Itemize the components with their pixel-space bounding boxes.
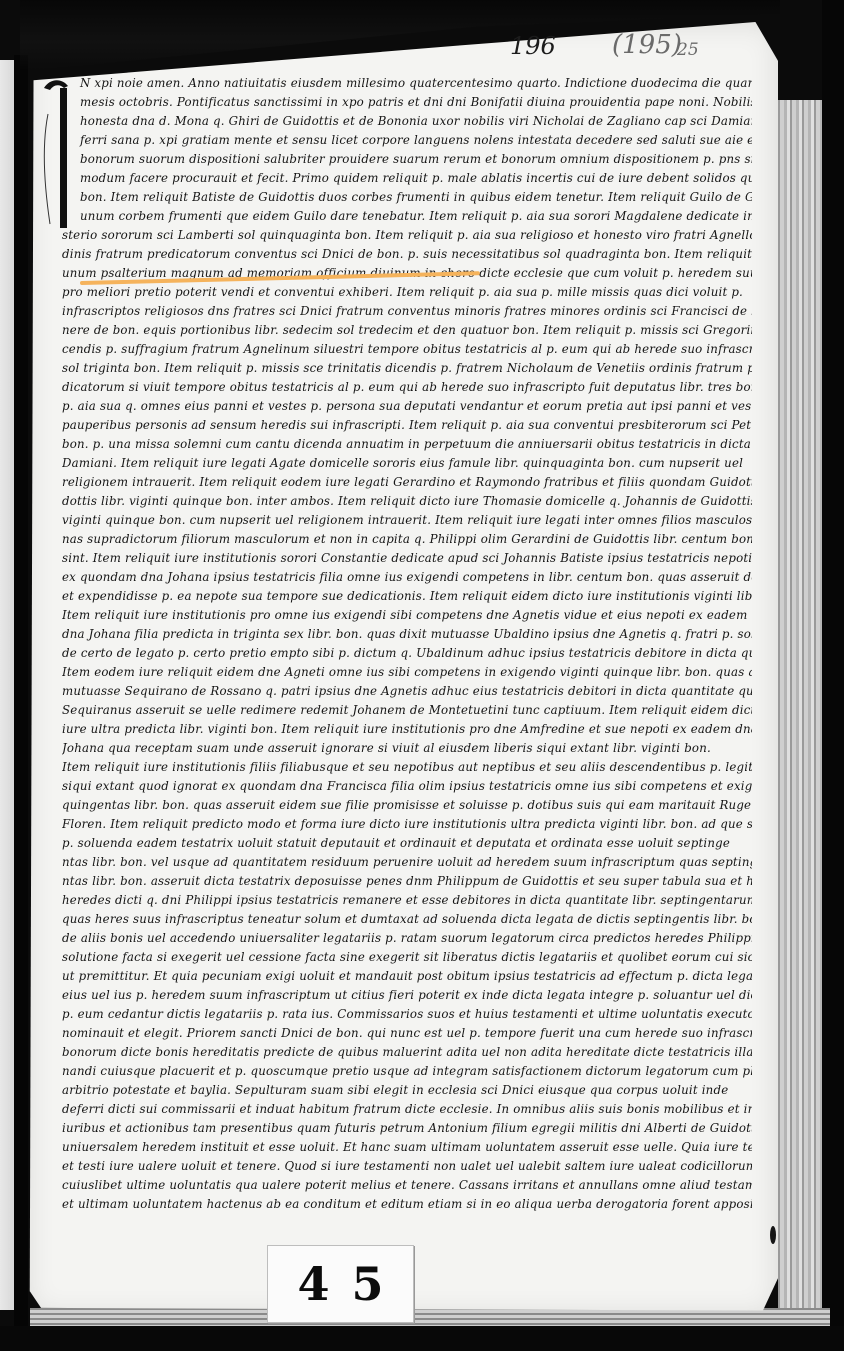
manuscript-line: Item eodem iure reliquit eidem dne Agnet… (62, 663, 752, 682)
manuscript-line: ex quondam dna Johana ipsius testatricis… (62, 568, 752, 587)
bottom-background (0, 1326, 844, 1351)
manuscript-line: uniuersalem heredem instituit et esse uo… (62, 1138, 752, 1157)
manuscript-line: dicatorum si viuit tempore obitus testat… (62, 378, 752, 397)
manuscript-line: iuribus et actionibus tam presentibus qu… (62, 1119, 752, 1138)
manuscript-line: ntas libr. bon. asseruit dicta testatrix… (62, 872, 752, 891)
stacked-page-edges (778, 100, 822, 1330)
manuscript-line: mutuasse Sequirano de Rossano q. patri i… (62, 682, 752, 701)
manuscript-line: ntas libr. bon. vel usque ad quantitatem… (62, 853, 752, 872)
manuscript-line: cendis p. suffragium fratrum Agnelinum s… (62, 340, 752, 359)
book-gutter (14, 55, 28, 1345)
manuscript-line: Item reliquit iure institutionis filiis … (62, 758, 752, 777)
right-background (822, 0, 844, 1351)
manuscript-line: cuiuslibet ultime uoluntatis qua ualere … (62, 1176, 752, 1195)
manuscript-line: nere de bon. equis portionibus libr. sed… (62, 321, 752, 340)
manuscript-line: sol triginta bon. Item reliquit p. missi… (62, 359, 752, 378)
manuscript-line: unum corbem frumenti que eidem Guilo dar… (62, 207, 752, 226)
manuscript-line: dna Johana filia predicta in triginta se… (62, 625, 752, 644)
manuscript-line: ut premittitur. Et quia pecuniam exigi u… (62, 967, 752, 986)
manuscript-line: eius uel ius p. heredem suum infrascript… (62, 986, 752, 1005)
manuscript-text-block: N xpi noie amen. Anno natiuitatis eiusde… (62, 74, 752, 1214)
manuscript-line: viginti quinque bon. cum nupserit uel re… (62, 511, 752, 530)
manuscript-line: et testi iure ualere uoluit et tenere. Q… (62, 1157, 752, 1176)
manuscript-line: pro meliori pretio poterit vendi et conv… (62, 283, 752, 302)
folio-number: 196 (510, 32, 556, 60)
ink-blot (770, 1226, 776, 1244)
manuscript-line: quas heres suus infrascriptus teneatur s… (62, 910, 752, 929)
manuscript-line: bonorum dicte bonis hereditatis predicte… (62, 1043, 752, 1062)
manuscript-line: mesis octobris. Pontificatus sanctissimi… (62, 93, 752, 112)
manuscript-line: bon. p. una missa solemni cum cantu dice… (62, 435, 752, 454)
manuscript-line: bon. Item reliquit Batiste de Guidottis … (62, 188, 752, 207)
archive-label-digit-2: 5 (352, 1257, 384, 1311)
manuscript-line: Johana qua receptam suam unde asseruit i… (62, 739, 752, 758)
manuscript-line: Floren. Item reliquit predicto modo et f… (62, 815, 752, 834)
manuscript-line: Damiani. Item reliquit iure legati Agate… (62, 454, 752, 473)
manuscript-line: sint. Item reliquit iure institutionis s… (62, 549, 752, 568)
manuscript-line: sterio sororum sci Lamberti sol quinquag… (62, 226, 752, 245)
folio-small-mark: 25 (677, 40, 699, 60)
manuscript-line: pauperibus personis ad sensum heredis su… (62, 416, 752, 435)
manuscript-line: et ultimam uoluntatem hactenus ab ea con… (62, 1195, 752, 1214)
manuscript-line: p. aia sua q. omnes eius panni et vestes… (62, 397, 752, 416)
manuscript-line: p. soluenda eadem testatrix uoluit statu… (62, 834, 752, 853)
manuscript-line: dinis fratrum predicatorum conventus sci… (62, 245, 752, 264)
manuscript-line: Item reliquit iure institutionis pro omn… (62, 606, 752, 625)
manuscript-line: honesta dna d. Mona q. Ghiri de Guidotti… (62, 112, 752, 131)
bottom-page-edges (30, 1308, 830, 1326)
previous-folio-number: (195) (612, 30, 682, 60)
archive-number-label: 4 5 (267, 1245, 414, 1323)
manuscript-line: nas supradictorum filiorum masculorum et… (62, 530, 752, 549)
manuscript-line: infrascriptos religiosos dns fratres sci… (62, 302, 752, 321)
manuscript-line: de certo de legato p. certo pretio empto… (62, 644, 752, 663)
manuscript-line: Sequiranus asseruit se uelle redimere re… (62, 701, 752, 720)
manuscript-line: solutione facta si exegerit uel cessione… (62, 948, 752, 967)
manuscript-line: nominauit et elegit. Priorem sancti Dnic… (62, 1024, 752, 1043)
manuscript-line: N xpi noie amen. Anno natiuitatis eiusde… (62, 74, 752, 93)
manuscript-line: bonorum suorum dispositioni salubriter p… (62, 150, 752, 169)
manuscript-line: de aliis bonis uel accedendo uniuersalit… (62, 929, 752, 948)
manuscript-line: heredes dicti q. dni Philippi ipsius tes… (62, 891, 752, 910)
manuscript-line: dottis libr. viginti quinque bon. inter … (62, 492, 752, 511)
manuscript-line: deferri dicti sui commissarii et induat … (62, 1100, 752, 1119)
manuscript-line: iure ultra predicta libr. viginti bon. I… (62, 720, 752, 739)
manuscript-line: arbitrio potestate et baylia. Sepulturam… (62, 1081, 752, 1100)
manuscript-line: p. eum cedantur dictis legatariis p. rat… (62, 1005, 752, 1024)
manuscript-line: ferri sana p. xpi gratiam mente et sensu… (62, 131, 752, 150)
manuscript-line: religionem intrauerit. Item reliquit eod… (62, 473, 752, 492)
manuscript-line: quingentas libr. bon. quas asseruit eide… (62, 796, 752, 815)
manuscript-line: nandi cuiusque placuerit et p. quoscumqu… (62, 1062, 752, 1081)
manuscript-line: siqui extant quod ignorat ex quondam dna… (62, 777, 752, 796)
manuscript-line: modum facere procurauit et fecit. Primo … (62, 169, 752, 188)
archive-label-digit-1: 4 (297, 1257, 329, 1311)
manuscript-line: et expendidisse p. ea nepote sua tempore… (62, 587, 752, 606)
